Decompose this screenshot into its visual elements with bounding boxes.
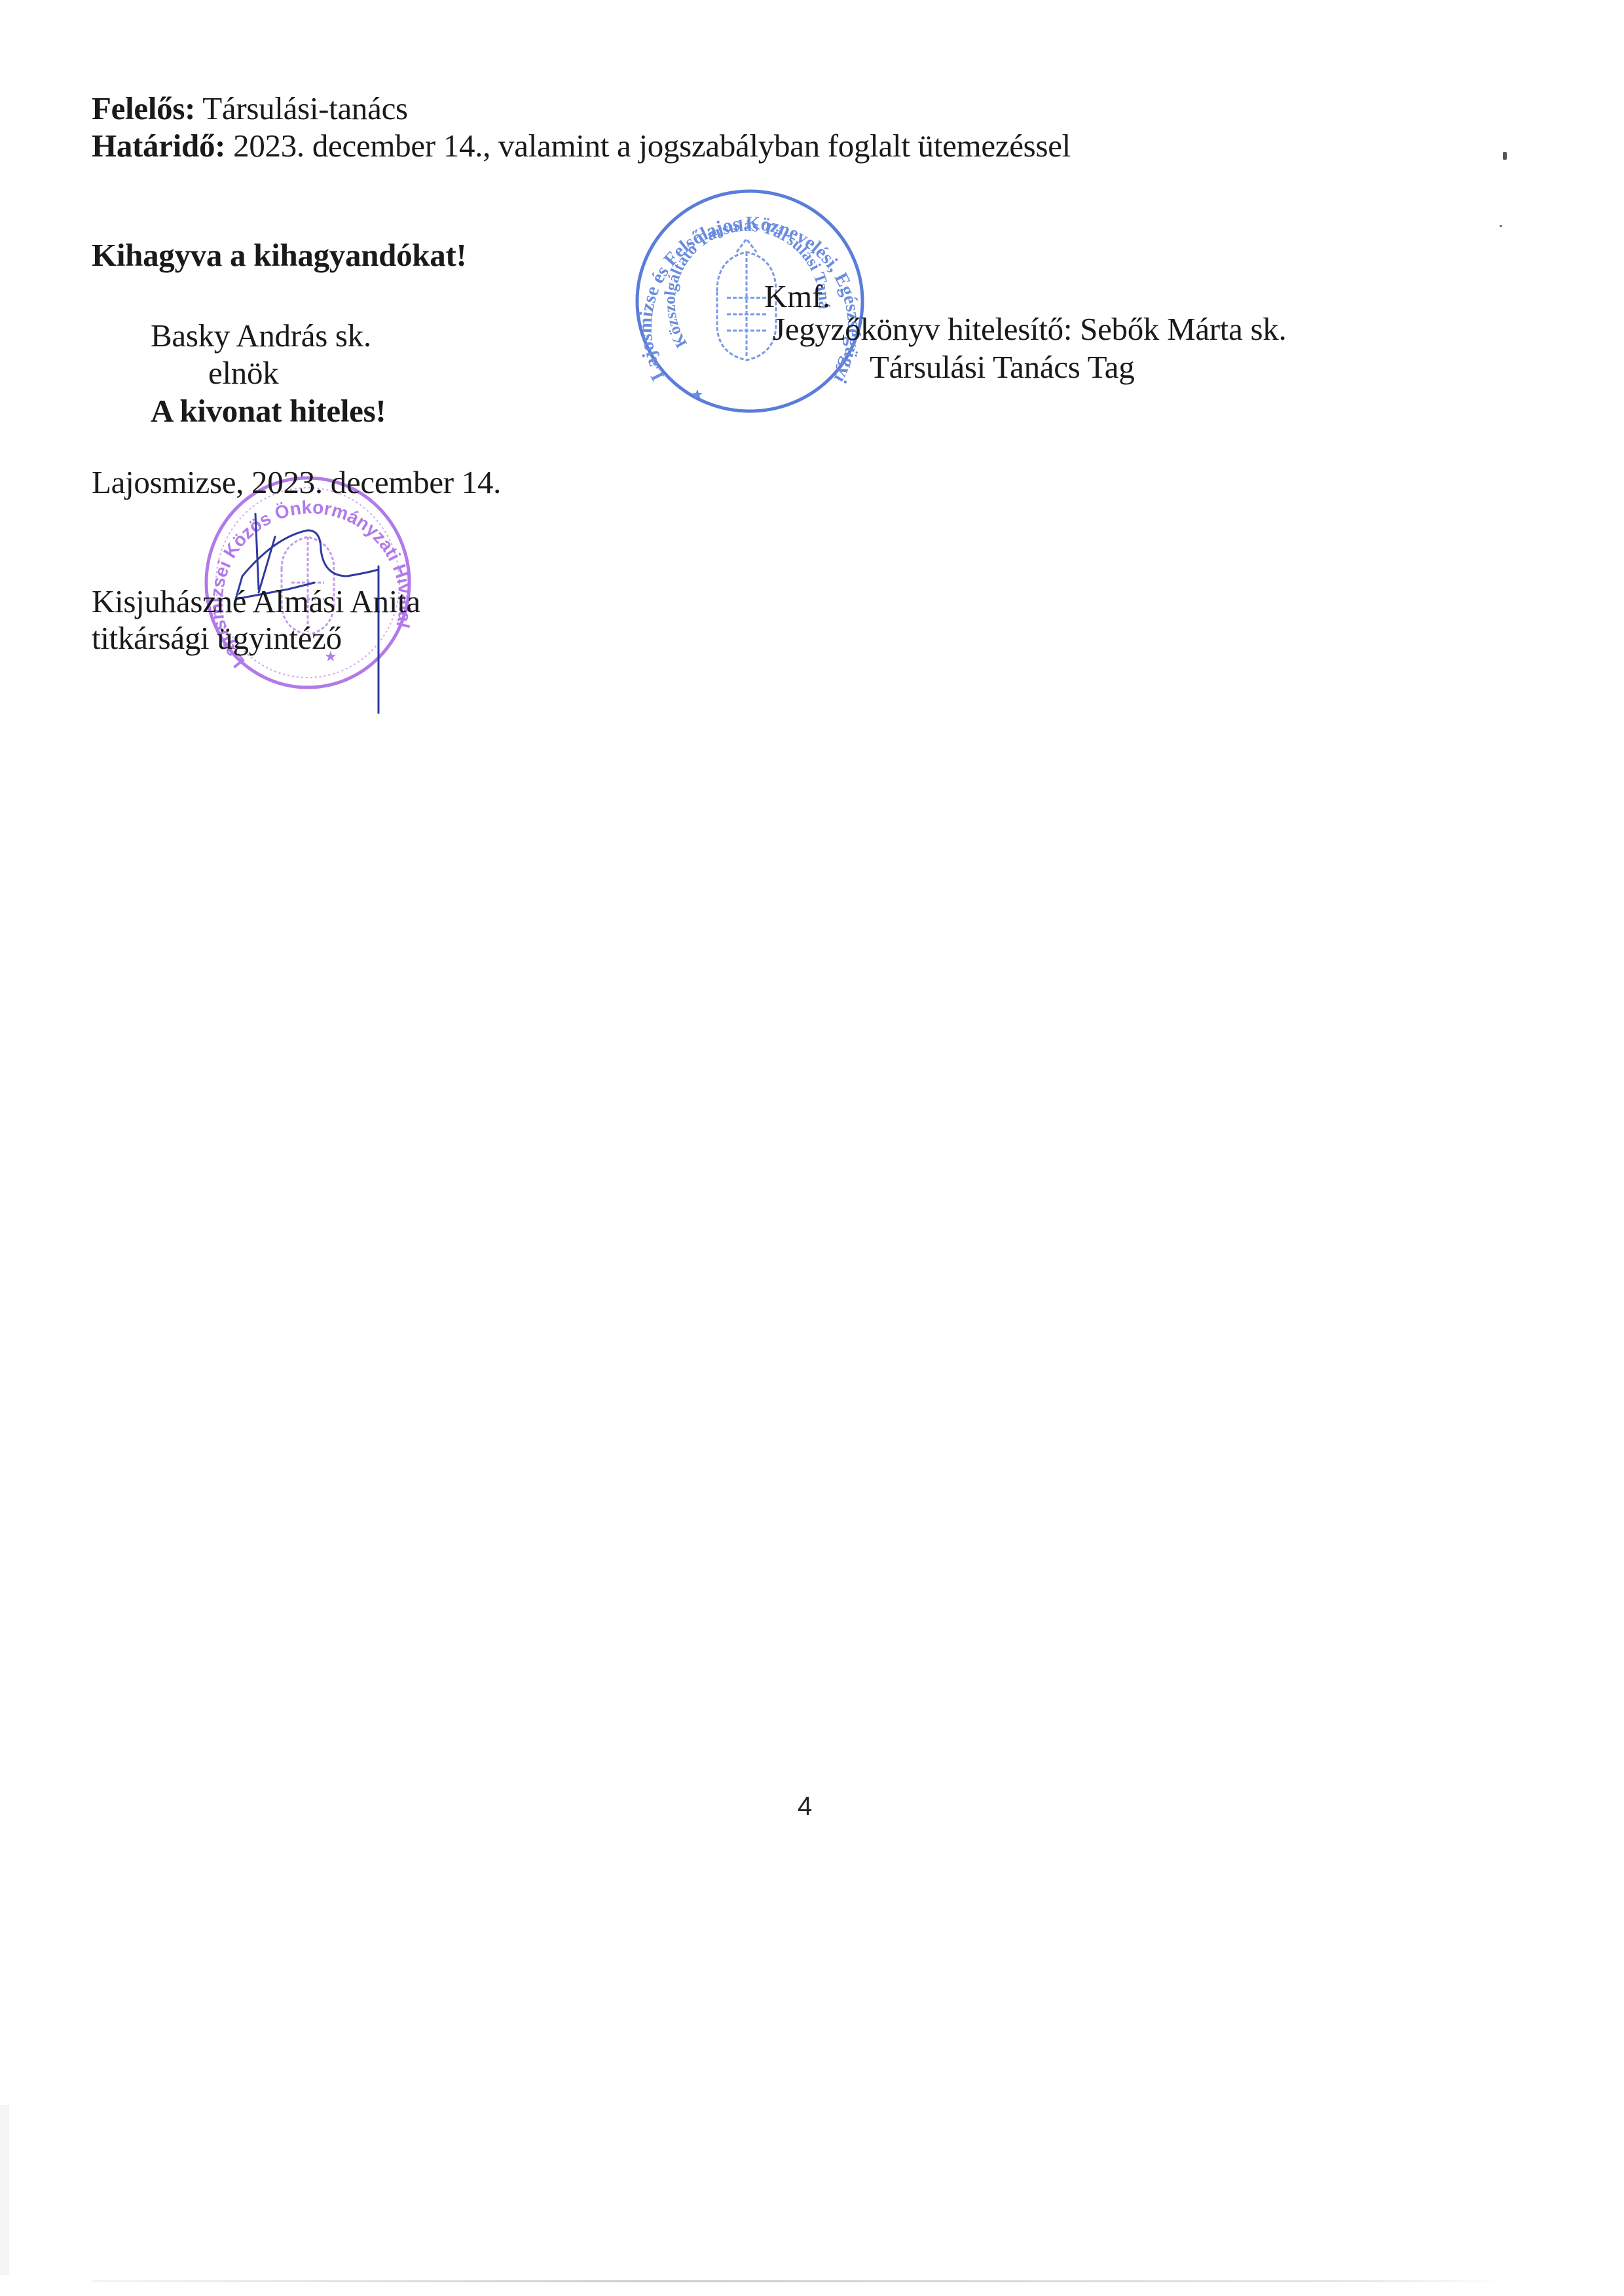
- scan-edge-line: [92, 2280, 1493, 2282]
- responsible-value: Társulási-tanács: [202, 90, 408, 126]
- omitted-notice: Kihagyva a kihagyandókat!: [92, 239, 467, 271]
- minutes-authenticator: Jegyzőkönyv hitelesítő: Sebők Márta sk.: [773, 313, 1286, 345]
- kmf-abbreviation: Kmf.: [764, 280, 830, 312]
- chairman-name: Basky András sk.: [151, 319, 371, 352]
- association-seal-stamp: Lajosmizse és Felsőlajos Köznevelési, Eg…: [625, 180, 874, 422]
- scan-edge-shadow: [0, 2105, 9, 2275]
- document-page: Felelős: Társulási-tanács Határidő: 2023…: [0, 0, 1624, 2296]
- scan-artifact: [1500, 225, 1502, 227]
- chairman-role: elnök: [208, 357, 278, 389]
- place-and-date: Lajosmizse, 2023. december 14.: [92, 466, 501, 498]
- star-icon: ★: [691, 386, 704, 403]
- scan-artifact: [1503, 152, 1507, 160]
- responsible-line: Felelős: Társulási-tanács: [92, 92, 408, 124]
- clerk-name: Kisjuhászné Almási Anita: [92, 585, 420, 617]
- deadline-line: Határidő: 2023. december 14., valamint a…: [92, 130, 1071, 162]
- page-number: 4: [798, 1792, 812, 1821]
- authenticator-role: Társulási Tanács Tag: [870, 351, 1134, 383]
- certification-notice: A kivonat hiteles!: [151, 395, 386, 427]
- deadline-label: Határidő:: [92, 128, 225, 164]
- responsible-label: Felelős:: [92, 90, 195, 126]
- clerk-title: titkársági ügyintéző: [92, 622, 342, 654]
- deadline-value: 2023. december 14., valamint a jogszabál…: [233, 128, 1071, 164]
- municipal-office-stamp: Lajosmizsei Közös Önkormányzati Hivatal …: [200, 471, 416, 694]
